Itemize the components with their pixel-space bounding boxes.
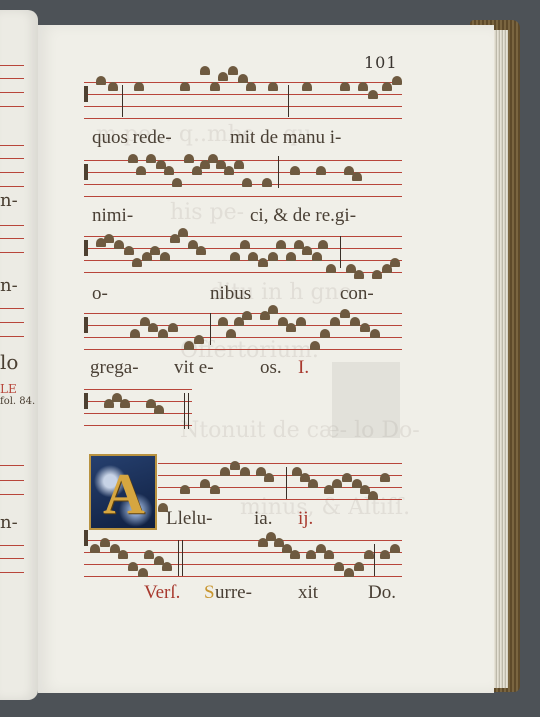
- lyric-syllable: nibus: [210, 283, 251, 305]
- lyric-syllable: mit de manu i-: [230, 127, 341, 149]
- left-fragment: n-: [0, 275, 18, 296]
- bar-line: [210, 313, 211, 345]
- lyric-syllable: Llelu-: [166, 508, 212, 530]
- staff-line: [0, 465, 24, 466]
- lyric-syllable: vit e-: [174, 357, 214, 379]
- staff-line: [0, 336, 24, 337]
- illuminated-initial: A: [89, 454, 157, 530]
- rubric-numeral: I.: [298, 357, 309, 379]
- staff-line: [0, 252, 24, 253]
- staff-line: [0, 480, 24, 481]
- staff-line: [0, 558, 24, 559]
- staff-line: [0, 106, 24, 107]
- staff-line: [0, 158, 24, 159]
- lyric-syllable: quos rede-: [92, 127, 172, 149]
- staff-line: [0, 545, 24, 546]
- music-staff: [84, 236, 402, 284]
- clef-icon: [84, 393, 88, 409]
- double-bar-line: [178, 540, 183, 576]
- staff-line: [0, 186, 24, 187]
- music-staff: [84, 82, 402, 130]
- clef-icon: [84, 530, 88, 546]
- gold-initial: S: [204, 582, 215, 604]
- bar-line: [374, 544, 375, 576]
- lyric-syllable: con-: [340, 283, 374, 305]
- lyric-syllable: xit: [298, 582, 318, 604]
- lyric-syllable: urre-: [215, 582, 252, 604]
- bar-line: [286, 467, 287, 499]
- left-fragment: lo: [0, 350, 18, 374]
- lyric-syllable: o-: [92, 283, 108, 305]
- left-rubric: LE: [0, 382, 17, 396]
- staff-line: [0, 238, 24, 239]
- bar-line: [288, 85, 289, 117]
- bar-line: [340, 236, 341, 268]
- staff-line: [0, 494, 24, 495]
- left-reference: fol. 84.: [0, 396, 35, 407]
- lyric-syllable: grega-: [90, 357, 139, 379]
- rubric-versicle: Verſ.: [144, 582, 180, 604]
- double-bar-line: [184, 393, 189, 429]
- left-page: n- n- lo LE fol. 84. n-: [0, 10, 38, 700]
- clef-icon: [84, 164, 88, 180]
- bar-line: [122, 85, 123, 117]
- music-staff: [84, 160, 402, 208]
- lyric-syllable: nimi-: [92, 205, 133, 227]
- show-through-illustration: [332, 362, 400, 438]
- lyric-syllable: ia.: [254, 508, 272, 530]
- music-staff: [84, 389, 192, 437]
- rubric-repeat: ij.: [298, 508, 313, 530]
- bar-line: [278, 156, 279, 188]
- staff-line: [0, 322, 24, 323]
- staff-line: [0, 65, 24, 66]
- lyric-syllable: Do.: [368, 582, 396, 604]
- music-staff: [84, 540, 402, 588]
- clef-icon: [84, 317, 88, 333]
- clef-icon: [84, 240, 88, 256]
- initial-letter: A: [103, 460, 145, 527]
- music-staff: [158, 463, 402, 511]
- left-fragment: n-: [0, 512, 18, 533]
- lyric-syllable: os.: [260, 357, 282, 379]
- staff-line: [0, 572, 24, 573]
- lyric-syllable: ci, & de re.gi-: [250, 205, 356, 227]
- left-fragment: n-: [0, 190, 18, 211]
- staff-line: [0, 92, 24, 93]
- staff-line: [0, 145, 24, 146]
- staff-line: [0, 308, 24, 309]
- staff-line: [0, 78, 24, 79]
- staff-line: [0, 172, 24, 173]
- folio-number: 101: [364, 53, 398, 72]
- music-staff: [84, 313, 402, 361]
- clef-icon: [84, 86, 88, 102]
- staff-line: [0, 225, 24, 226]
